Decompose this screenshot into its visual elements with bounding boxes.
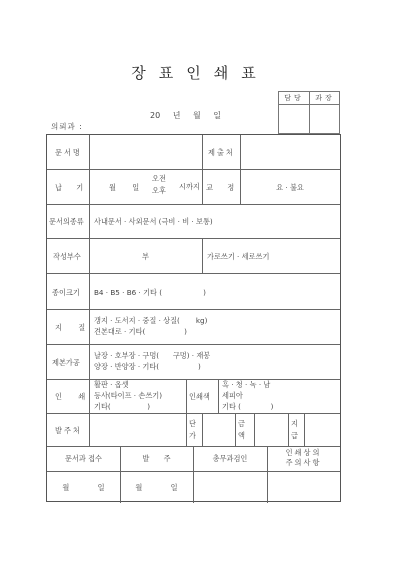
paper-quality-label: 지 질 xyxy=(55,322,85,333)
binding-label: 제본가공 xyxy=(52,357,80,368)
print-line3[interactable]: 기타( ) xyxy=(94,401,150,412)
page-title: 장표인쇄표 xyxy=(0,62,400,83)
deadline-am[interactable]: 오전 xyxy=(152,173,166,184)
footer-notes-line2: 주의사항 xyxy=(267,457,340,468)
writing-direction-options[interactable]: 가로쓰기 · 세로쓰기 xyxy=(207,251,269,262)
requesting-dept-label: 의뢰과 : xyxy=(51,121,83,132)
doc-type-label: 문서의종류 xyxy=(49,216,84,227)
order-date: 월 일 xyxy=(120,482,193,493)
footer-admin-check: 총무과검인 xyxy=(193,453,267,464)
print-color-line1[interactable]: 흑 · 청 · 녹 · 남 xyxy=(222,379,270,390)
paper-size-label: 종이크기 xyxy=(52,287,80,298)
copies-unit: 부 xyxy=(89,251,202,262)
paid-label: 지급 xyxy=(291,418,301,442)
amount-label: 금액 xyxy=(238,418,248,442)
paper-quality-line1[interactable]: 갱지 · 도서지 · 중질 · 상질( kg) xyxy=(94,315,207,326)
binding-line2[interactable]: 양장 · 반양장 · 기타( ) xyxy=(94,361,201,372)
print-color-label: 인쇄색 xyxy=(189,391,210,402)
doc-type-options[interactable]: 사내문서 · 사외문서 (극비 · 비 · 보통) xyxy=(94,216,213,227)
print-label: 인 쇄 xyxy=(55,391,85,402)
submit-to-label: 제출처 xyxy=(208,147,235,158)
print-color-line3[interactable]: 기타 ( ) xyxy=(222,401,273,412)
proof-options[interactable]: 요 · 불요 xyxy=(240,182,340,193)
print-color-line2[interactable]: 세피아 xyxy=(222,390,243,401)
date-line: 20 년 월 일 xyxy=(150,110,221,121)
paper-size-options[interactable]: B4 · B5 · B6 · 기타 ( ) xyxy=(94,287,206,298)
approval-manager-label: 과장 xyxy=(310,93,340,103)
paper-quality-line2[interactable]: 견본대로 · 기타( ) xyxy=(94,326,187,337)
footer-order: 발 주 xyxy=(120,453,193,464)
proof-label: 교 정 xyxy=(206,182,234,193)
print-line2[interactable]: 등사(타이프 · 손쓰기) xyxy=(94,390,162,401)
approval-staff-label: 담당 xyxy=(279,93,309,103)
approval-box: 담당 과장 xyxy=(278,91,340,134)
unit-price-label: 단가 xyxy=(189,418,199,442)
copies-label: 작성부수 xyxy=(53,251,81,262)
print-line1[interactable]: 활판 · 옵셋 xyxy=(94,379,129,390)
doc-name-label: 문서명 xyxy=(55,147,82,158)
print-request-table: 문서명 제출처 납 기 월 일 오전 오후 시까지 교 정 요 · 불요 문서의… xyxy=(46,134,341,502)
deadline-until: 시까지 xyxy=(179,181,200,192)
deadline-month-day: 월 일 xyxy=(109,182,139,193)
binding-line1[interactable]: 날장 · 호부장 · 구멍( 구멍) · 재봉 xyxy=(94,350,210,361)
deadline-pm[interactable]: 오후 xyxy=(152,185,166,196)
received-date: 월 일 xyxy=(47,482,120,493)
deadline-label: 납 기 xyxy=(55,182,83,193)
vendor-label: 발주처 xyxy=(55,425,82,436)
footer-doc-receipt: 문서과 접수 xyxy=(47,453,120,464)
